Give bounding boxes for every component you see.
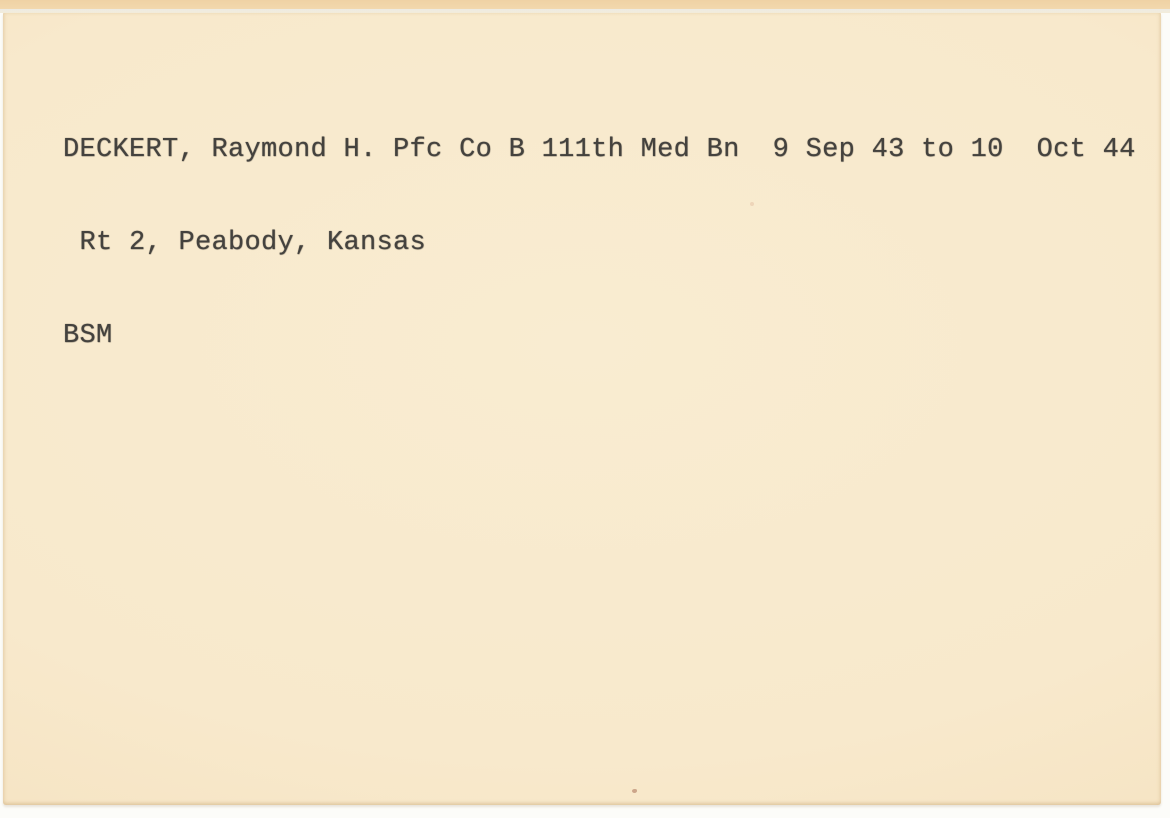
typed-text-block: DECKERT, Raymond H. Pfc Co B 111th Med B… bbox=[63, 73, 1136, 414]
paper-speck bbox=[632, 789, 637, 793]
typed-line-service-record: DECKERT, Raymond H. Pfc Co B 111th Med B… bbox=[63, 135, 1136, 166]
paper-speck-faint bbox=[750, 202, 754, 206]
typed-line-address: Rt 2, Peabody, Kansas bbox=[63, 228, 1136, 259]
index-card: DECKERT, Raymond H. Pfc Co B 111th Med B… bbox=[3, 13, 1161, 805]
scanned-document: DECKERT, Raymond H. Pfc Co B 111th Med B… bbox=[0, 0, 1170, 818]
typed-line-award: BSM bbox=[63, 321, 1136, 352]
card-top-edge-band bbox=[0, 0, 1170, 9]
